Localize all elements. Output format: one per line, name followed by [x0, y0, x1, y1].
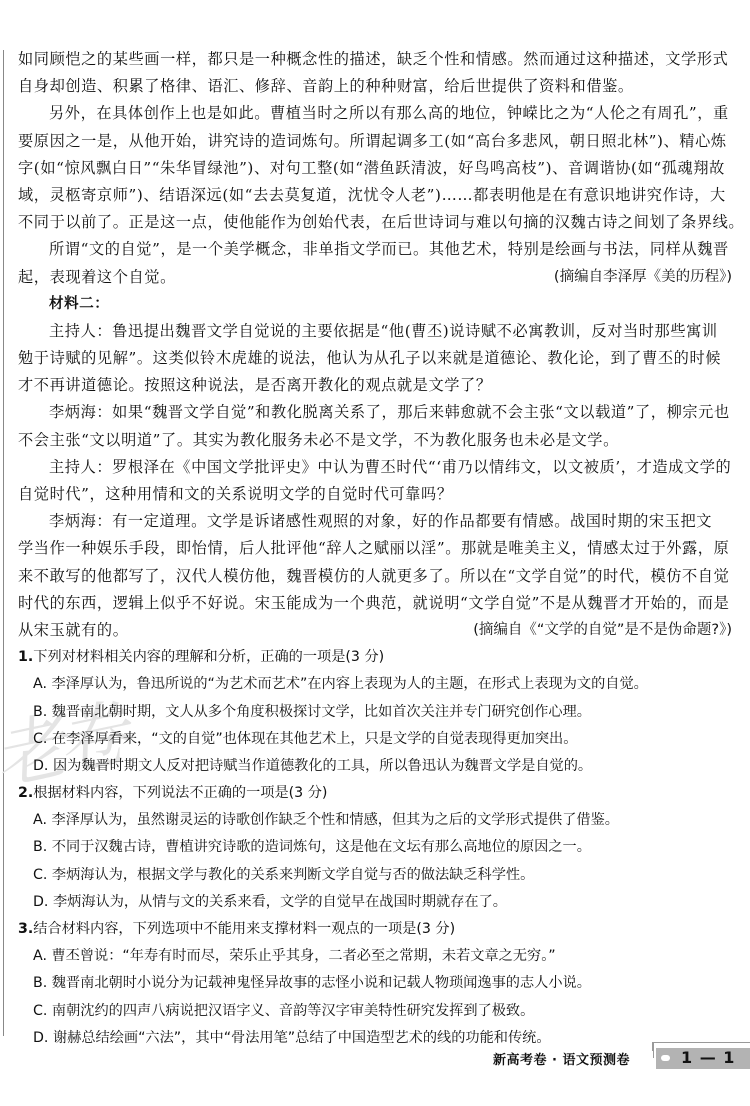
text-line: 李炳海：有一定道理。文学是诉诸感性观照的对象，好的作品都要有情感。战国时期的宋玉…: [18, 508, 732, 535]
question-1: 1.下列对材料相关内容的理解和分析，正确的一项是(3 分) A. 李泽厚认为，鲁…: [18, 644, 732, 780]
option-a: A. 李泽厚认为，虽然谢灵运的诗歌创作缺乏个性和情感，但其为之后的文学形式提供了…: [18, 807, 732, 834]
option-d: D. 谢赫总结绘画“六法”，其中“骨法用笔”总结了中国造型艺术的线的功能和传统。: [18, 1025, 732, 1052]
question-stem: 2.根据材料内容，下列说法不正确的一项是(3 分): [18, 780, 732, 807]
question-number: 3.: [18, 921, 33, 937]
text-fragment: 从宋玉就有的。: [18, 617, 129, 644]
material2-paragraph-2: 李炳海：如果“魏晋文学自觉”和教化脱离关系了，那后来韩愈就不会主张“文以载道”了…: [18, 399, 732, 453]
text-line: 李炳海：如果“魏晋文学自觉”和教化脱离关系了，那后来韩愈就不会主张“文以载道”了…: [18, 399, 732, 426]
material2-heading: 材料二：: [18, 291, 732, 318]
question-number: 2.: [18, 785, 33, 801]
text-line: 所谓“文的自觉”，是一个美学概念，非单指文学而已。其他艺术，特别是绘画与书法，同…: [18, 236, 732, 263]
text-line: 自身却创造、积累了格律、语汇、修辞、音韵上的种种财富，给后世提供了资料和借鉴。: [18, 73, 732, 100]
option-b: B. 魏晋南北朝时小说分为记载神鬼怪异故事的志怪小说和记载人物琐闻逸事的志人小说…: [18, 970, 732, 997]
text-line: 要原因之一是，从他开始，讲究诗的造词炼句。所谓起调多工(如“高台多悲风，朝日照北…: [18, 128, 732, 155]
text-line: 不会主张“文以明道”了。其实为教化服务未必不是文学，不为教化服务也未必是文学。: [18, 427, 732, 454]
material1-paragraph-1: 如同顾恺之的某些画一样，都只是一种概念性的描述，缺乏个性和情感。然而通过这种描述…: [18, 46, 732, 100]
question-text: 根据材料内容，下列说法不正确的一项是(3 分): [33, 785, 327, 801]
text-line: 主持人：罗根泽在《中国文学批评史》中认为曹丕时代“‘甫乃以情纬文，以文被质’，才…: [18, 454, 732, 481]
text-line-with-source: 起，表现着这个自觉。 (摘编自李泽厚《美的历程》): [18, 264, 732, 291]
source-citation: (摘编自李泽厚《美的历程》): [554, 264, 732, 291]
text-line: 才不再讲道德论。按照这种说法，是否离开教化的观点就是文学了？: [18, 372, 732, 399]
option-a: A. 曹丕曾说：“年寿有时而尽，荣乐止乎其身，二者必至之常期，未若文章之无穷。”: [18, 943, 732, 970]
text-line: 如同顾恺之的某些画一样，都只是一种概念性的描述，缺乏个性和情感。然而通过这种描述…: [18, 46, 732, 73]
material2-paragraph-3: 主持人：罗根泽在《中国文学批评史》中认为曹丕时代“‘甫乃以情纬文，以文被质’，才…: [18, 454, 732, 508]
page-left-rule: [3, 50, 4, 1036]
question-text: 结合材料内容，下列选项中不能用来支撑材料一观点的一项是(3 分): [33, 921, 455, 937]
option-b: B. 魏晋南北朝时期，文人从多个角度积极探讨文学，比如首次关注并专门研究创作心理…: [18, 699, 732, 726]
option-b: B. 不同于汉魏古诗，曹植讲究诗歌的造词炼句，这是他在文坛有那么高地位的原因之一…: [18, 834, 732, 861]
text-line: 域，灵柩寄京师”)、结语深远(如“去去莫复道，沈忧令人老”)……都表明他是在有意…: [18, 182, 732, 209]
text-line: 学当作一种娱乐手段，即怡情，后人批评他“辞人之赋丽以淫”。那就是唯美主义，情感太…: [18, 535, 732, 562]
source-citation: (摘编自《“文学的自觉”是不是伪命题?》): [473, 617, 732, 644]
material1-paragraph-2: 另外，在具体创作上也是如此。曹植当时之所以有那么高的地位，钟嵘比之为“人伦之有周…: [18, 100, 732, 236]
option-d: D. 因为魏晋时期文人反对把诗赋当作道德教化的工具，所以鲁迅认为魏晋文学是自觉的…: [18, 753, 732, 780]
option-d: D. 李炳海认为，从情与文的关系来看，文学的自觉早在战国时期就存在了。: [18, 889, 732, 916]
material2-paragraph-1: 主持人：鲁迅提出魏晋文学自觉说的主要依据是“他(曹丕)说诗赋不必寓教训，反对当时…: [18, 318, 732, 400]
question-stem: 1.下列对材料相关内容的理解和分析，正确的一项是(3 分): [18, 644, 732, 671]
option-c: C. 李炳海认为，根据文学与教化的关系来判断文学自觉与否的做法缺乏科学性。: [18, 862, 732, 889]
text-line: 不同于以前了。正是这一点，使他能作为创始代表，在后世诗词与难以句摘的汉魏古诗之间…: [18, 209, 732, 236]
question-3: 3.结合材料内容，下列选项中不能用来支撑材料一观点的一项是(3 分) A. 曹丕…: [18, 916, 732, 1052]
text-line-with-source: 从宋玉就有的。 (摘编自《“文学的自觉”是不是伪命题?》): [18, 617, 732, 644]
text-line: 来不敢写的他都写了，汉代人模仿他，魏晋模仿的人就更多了。所以在“文学自觉”的时代…: [18, 563, 732, 590]
text-line: 自觉时代”，这种用情和文的关系说明文学的自觉时代可靠吗？: [18, 481, 732, 508]
text-fragment: 起，表现着这个自觉。: [18, 264, 176, 291]
material2-paragraph-4: 李炳海：有一定道理。文学是诉诸感性观照的对象，好的作品都要有情感。战国时期的宋玉…: [18, 508, 732, 644]
text-line: 时代的东西，逻辑上似乎不好说。宋玉能成为一个典范，就说明“文学自觉”不是从魏晋才…: [18, 590, 732, 617]
text-line: 主持人：鲁迅提出魏晋文学自觉说的主要依据是“他(曹丕)说诗赋不必寓教训，反对当时…: [18, 318, 732, 345]
question-2: 2.根据材料内容，下列说法不正确的一项是(3 分) A. 李泽厚认为，虽然谢灵运…: [18, 780, 732, 916]
option-c: C. 南朝沈约的四声八病说把汉语字义、音韵等汉字审美特性研究发挥到了极致。: [18, 998, 732, 1025]
document-page: 如同顾恺之的某些画一样，都只是一种概念性的描述，缺乏个性和情感。然而通过这种描述…: [18, 46, 732, 1052]
option-c: C. 在李泽厚看来，“文的自觉”也体现在其他艺术上，只是文学的自觉表现得更加突出…: [18, 726, 732, 753]
text-line: 另外，在具体创作上也是如此。曹植当时之所以有那么高的地位，钟嵘比之为“人伦之有周…: [18, 100, 732, 127]
question-stem: 3.结合材料内容，下列选项中不能用来支撑材料一观点的一项是(3 分): [18, 916, 732, 943]
question-text: 下列对材料相关内容的理解和分析，正确的一项是(3 分): [33, 649, 384, 665]
text-line: 字(如“惊风飘白日”“朱华冒绿池”)、对句工整(如“潜鱼跃清波，好鸟鸣高枝”)、…: [18, 155, 732, 182]
material1-paragraph-3: 所谓“文的自觉”，是一个美学概念，非单指文学而已。其他艺术，特别是绘画与书法，同…: [18, 236, 732, 290]
text-line: 勉于诗赋的见解”。这类似铃木虎雄的说法，他认为从孔子以来就是道德论、教化论，到了…: [18, 345, 732, 372]
option-a: A. 李泽厚认为，鲁迅所说的“为艺术而艺术”在内容上表现为人的主题，在形式上表现…: [18, 671, 732, 698]
question-number: 1.: [18, 649, 33, 665]
bullet-icon: [661, 1055, 670, 1061]
